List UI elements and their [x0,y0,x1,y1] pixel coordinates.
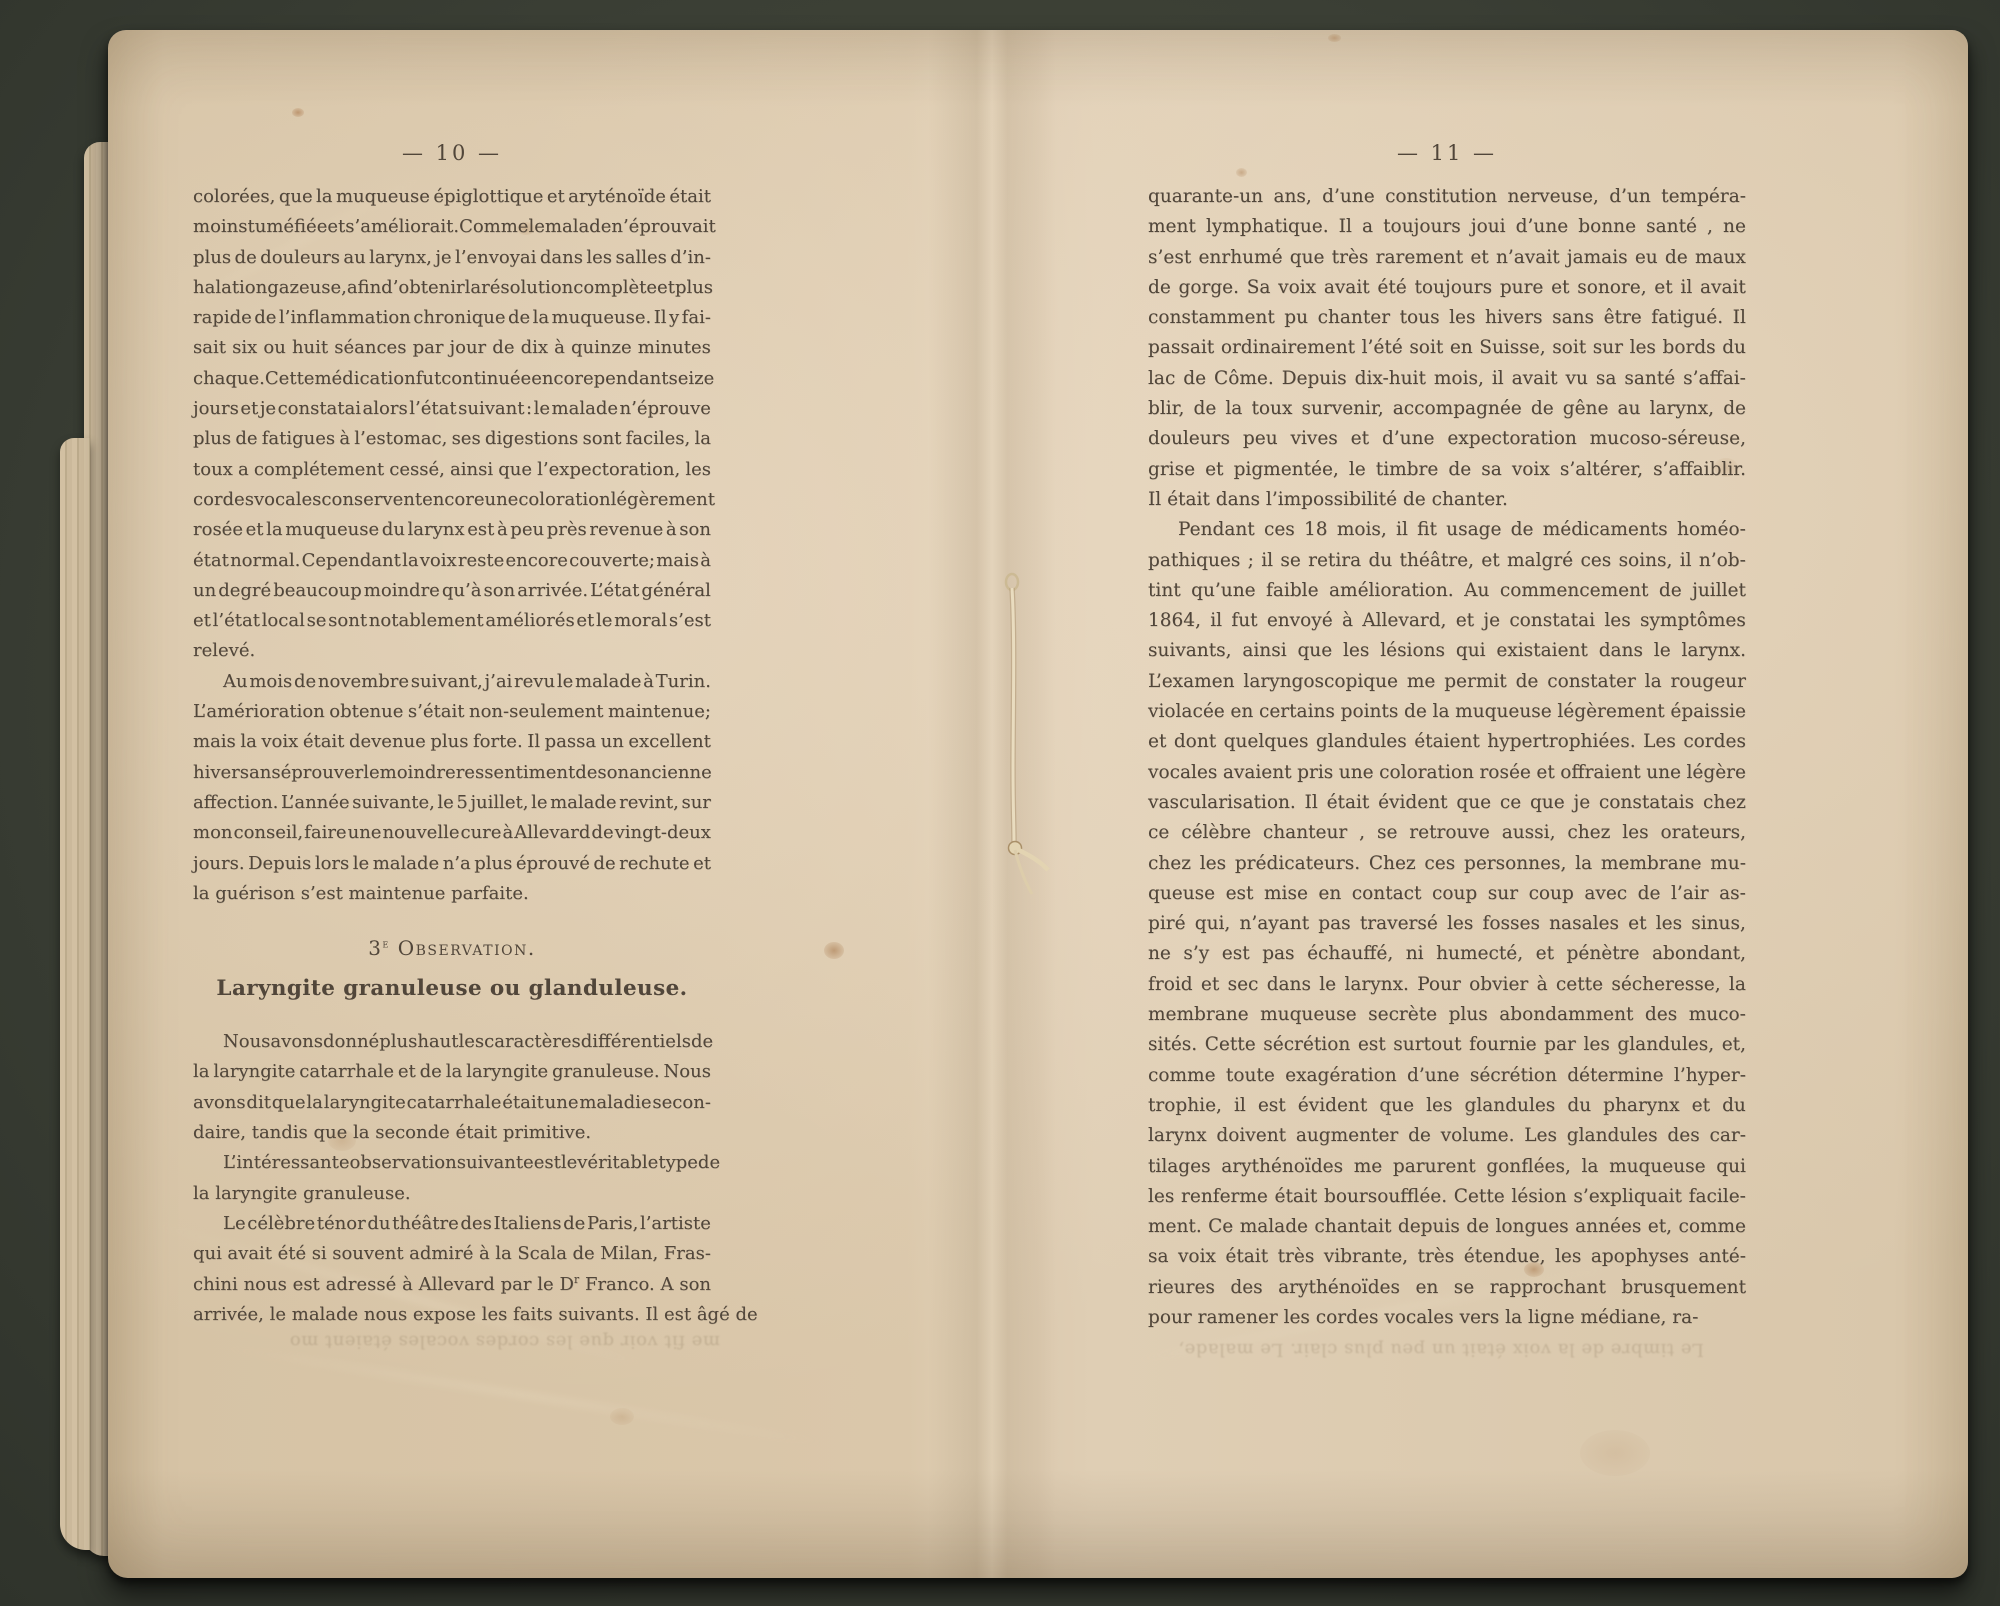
text-line: quarante-unans,d’uneconstitutionnerveuse… [1148,182,1746,212]
text-line: trophie,ilestévidentquelesglandulesdupha… [1148,1091,1746,1121]
page-blocks: colorées,quelamuqueuseépiglottiqueetaryt… [193,182,711,1330]
text-line: constammentpuchantertousleshiverssansêtr… [1148,303,1746,333]
text-line: pour ramener les cordes vocales vers la … [1148,1303,1746,1333]
foxing-stain [1580,1430,1650,1476]
text-line: hiversanséprouverlemoindreressentimentde… [193,758,711,788]
text-line: L’intéressanteobservationsuivanteestlevé… [193,1148,711,1178]
text-line: la laryngite granuleuse. [193,1179,711,1209]
text-line: Aumoisdenovembresuivant,j’airevulemalade… [193,667,711,697]
text-line: rapidedel’inflammationchroniquedelamuque… [193,303,711,333]
page-number-10: — 10 — [193,138,711,168]
text-line: chininousestadresséàAllevardparleDrFranc… [193,1270,711,1300]
text-line: s’estenrhuméquetrèsrarementetn’avaitjama… [1148,243,1746,273]
text-line: daire, tandis que la seconde était primi… [193,1118,711,1148]
text-line: Pendantces18mois,ilfitusagedemédicaments… [1148,515,1746,545]
text-line: roséeetlamuqueusedularynxestàpeuprèsreve… [193,515,711,545]
foxing-stain [292,108,304,117]
text-line: savoixétaittrèsvibrante,trèsétendue,lesa… [1148,1242,1746,1272]
text-line: moinstuméfiéeets’améliorait.Commelemalad… [193,212,711,242]
bleed-through-text: me fit voir que les cordes vocales étaie… [290,1326,720,1352]
text-line: undegrébeaucoupmoindrequ’àsonarrivée.L’é… [193,576,711,606]
text-line: halationgazeuse,afind’obtenirlarésolutio… [193,273,711,303]
text-line: degorge.Savoixavaitététoujourspureetsono… [1148,273,1746,303]
text-line: larynxdoiventaugmenterdevolume.Lesglandu… [1148,1121,1746,1151]
text-line: membranemuqueusesecrèteplusabondammentde… [1148,1000,1746,1030]
text-line: chezlesprédicateurs.Chezcespersonnes,lam… [1148,849,1746,879]
text-line: avonsditquelalaryngitecatarrhaleétaitune… [193,1088,711,1118]
page-edge-stack [60,438,90,1550]
page-number-11: — 11 — [1148,138,1746,168]
text-line: L’amériorationobtenues’étaitnon-seulemen… [193,697,711,727]
text-line: lesrenfermeétaitboursoufflée.Cettelésion… [1148,1182,1746,1212]
text-line: tilagesarythénoïdesmeparurentgonflées,la… [1148,1152,1746,1182]
text-line: suivants,ainsiqueleslésionsquiexistaient… [1148,636,1746,666]
text-line: froidetsecdanslelarynx.Pourobvieràcettes… [1148,970,1746,1000]
text-line: saitsixouhuitséancesparjourdedixàquinzem… [193,333,711,363]
text-line: passaitordinairementl’étésoitenSuisse,so… [1148,333,1746,363]
text-line: queuseestmiseencontactcoupsurcoupavecdel… [1148,879,1746,909]
text-line: lalaryngitecatarrhaleetdelalaryngitegran… [193,1057,711,1087]
text-line: LecélèbreténorduthéâtredesItaliensdePari… [193,1209,711,1239]
text-line: pathiques;ilseretiraduthéâtre,etmalgréce… [1148,546,1746,576]
text-line: touxacomplétementcessé,ainsiquel’expecto… [193,455,711,485]
text-line: chaque.Cettemédicationfutcontinuéeencore… [193,364,711,394]
text-line: mentlymphatique.Ilatoujoursjouid’unebonn… [1148,212,1746,242]
text-line: lacdeCôme.Depuisdix-huitmois,ilavaitvusa… [1148,364,1746,394]
binding-thread [992,568,1062,908]
text-line: vascularisation.Ilétaitévidentquecequeje… [1148,788,1746,818]
text-line: la guérison s’est maintenue parfaite. [193,879,711,909]
text-line: sités.Cettesécrétionestsurtoutfourniepar… [1148,1030,1746,1060]
text-line: relevé. [193,636,711,666]
text-line: ment.Cemaladechantaitdepuisdelonguesanné… [1148,1212,1746,1242]
text-line: vocalesavaientprisunecolorationroséeetof… [1148,758,1746,788]
text-line: cecélèbrechanteur,seretrouveaussi,chezle… [1148,818,1746,848]
text-line: violacéeencertainspointsdelamuqueuselégè… [1148,697,1746,727]
foxing-stain [1328,34,1341,42]
text-line: L’examenlaryngoscopiquemepermitdeconstat… [1148,667,1746,697]
section-title: Laryngite granuleuse ou glanduleuse. [193,972,711,1006]
text-line: Il était dans l’impossibilité de chanter… [1148,485,1746,515]
text-line: affection.L’annéesuivante,le5juillet,lem… [193,788,711,818]
text-line: étatnormal.Cependantlavoixresteencorecou… [193,546,711,576]
page-10: — 10 — colorées,quelamuqueuseépiglottiqu… [193,138,711,1330]
text-line: quiavaitétésisouventadmiréàlaScaladeMila… [193,1239,711,1269]
text-line: joursetjeconstataialorsl’étatsuivant:lem… [193,394,711,424]
text-line: etl’étatlocalsesontnotablementaméliorése… [193,606,711,636]
text-line: 1864,ilfutenvoyéàAllevard,etjeconstatail… [1148,606,1746,636]
text-line: douleurspeuvivesetd’uneexpectorationmuco… [1148,424,1746,454]
bleed-through-text: Le timbre de la voix était un peu plus c… [1158,1334,1724,1360]
text-line: rieuresdesarythénoïdesenserapprochantbru… [1148,1273,1746,1303]
text-line: plusdefatiguesàl’estomac,sesdigestionsso… [193,424,711,454]
page-blocks: quarante-unans,d’uneconstitutionnerveuse… [1148,182,1746,1333]
text-line: commetouteexagérationd’unesécrétiondéter… [1148,1061,1746,1091]
text-line: cordesvocalesconserventencoreunecolorati… [193,485,711,515]
text-line: colorées,quelamuqueuseépiglottiqueetaryt… [193,182,711,212]
text-line: blir,delatouxsurvenir,accompagnéedegênea… [1148,394,1746,424]
foxing-stain [824,942,844,959]
text-line: piréqui,n’ayantpastraversélesfossesnasal… [1148,909,1746,939]
text-line: nes’yestpaséchauffé,nihumecté,etpénètrea… [1148,939,1746,969]
text-line: maislavoixétaitdevenueplusforte.Ilpassau… [193,727,711,757]
text-line: jours.Depuislorslemaladen’apluséprouvéde… [193,849,711,879]
observation-heading: 3e Observation. [193,933,711,963]
text-line: Nousavonsdonnéplushautlescaractèresdiffé… [193,1027,711,1057]
text-line: tintqu’unefaibleamélioration.Aucommencem… [1148,576,1746,606]
text-line: etdontquelquesglandulesétaienthypertroph… [1148,727,1746,757]
text-line: monconseil,faireunenouvellecureàAllevard… [193,818,711,848]
page-11: — 11 — quarante-unans,d’uneconstitutionn… [1148,138,1746,1333]
text-line: plusdedouleursaularynx,jel’envoyaidansle… [193,243,711,273]
text-line: griseetpigmentée,letimbredesavoixs’altér… [1148,455,1746,485]
